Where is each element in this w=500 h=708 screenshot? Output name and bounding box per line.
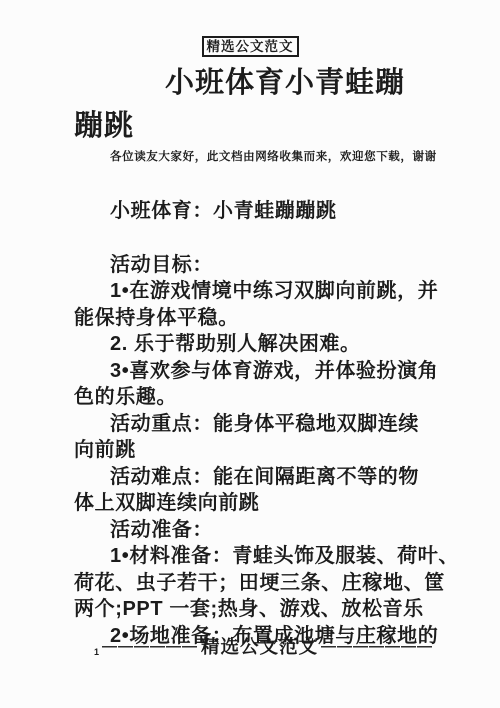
- page-number: 1: [94, 647, 99, 659]
- body-line-goals-heading: 活动目标：: [74, 252, 440, 279]
- document-title-line1: 小班体育小青蛙蹦: [74, 62, 440, 105]
- body-line: 1•材料准备：青蛙头饰及服装、荷叶、: [74, 543, 440, 570]
- footer-stamp-label: 精选公文范文: [201, 633, 318, 659]
- body-line-subtitle: 小班体育：小青蛙蹦蹦跳: [74, 198, 440, 225]
- header: 精选公文范文: [0, 0, 500, 57]
- document-body: 小班体育：小青蛙蹦蹦跳 活动目标： 1•在游戏情境中练习双脚向前跳，并 能保持身…: [0, 198, 500, 649]
- document-page: 精选公文范文 小班体育小青蛙蹦 蹦跳 各位读友大家好，此文档由网络收集而来，欢迎…: [0, 0, 500, 708]
- footer-dashes-right: ———————: [321, 638, 433, 655]
- body-line: 1•在游戏情境中练习双脚向前跳，并: [74, 278, 440, 305]
- body-line: 色的乐趣。: [74, 384, 440, 411]
- document-title: 小班体育小青蛙蹦 蹦跳: [0, 62, 500, 148]
- body-line: 能保持身体平稳。: [74, 305, 440, 332]
- body-line: 荷花、虫子若干；田埂三条、庄稼地、筐: [74, 570, 440, 597]
- footer-dashes-left: ——————: [102, 638, 198, 655]
- body-line-difficulty: 活动难点：能在间隔距离不等的物: [74, 464, 440, 491]
- greeting-note: 各位读友大家好，此文档由网络收集而来，欢迎您下载，谢谢: [0, 150, 500, 165]
- header-stamp-badge: 精选公文范文: [202, 36, 299, 57]
- body-line: 3•喜欢参与体育游戏，并体验扮演角: [74, 358, 440, 385]
- body-line-key-point: 活动重点：能身体平稳地双脚连续: [74, 411, 440, 438]
- body-line: 2. 乐于帮助别人解决困难。: [74, 331, 440, 358]
- body-line: 体上双脚连续向前跳: [74, 490, 440, 517]
- page-footer: 1 —————— 精选公文范文 ———————: [74, 633, 430, 659]
- document-title-line2: 蹦跳: [74, 105, 440, 148]
- body-line: 向前跳: [74, 437, 440, 464]
- body-line: 两个;PPT 一套;热身、游戏、放松音乐: [74, 596, 440, 623]
- body-line-prep-heading: 活动准备：: [74, 517, 440, 544]
